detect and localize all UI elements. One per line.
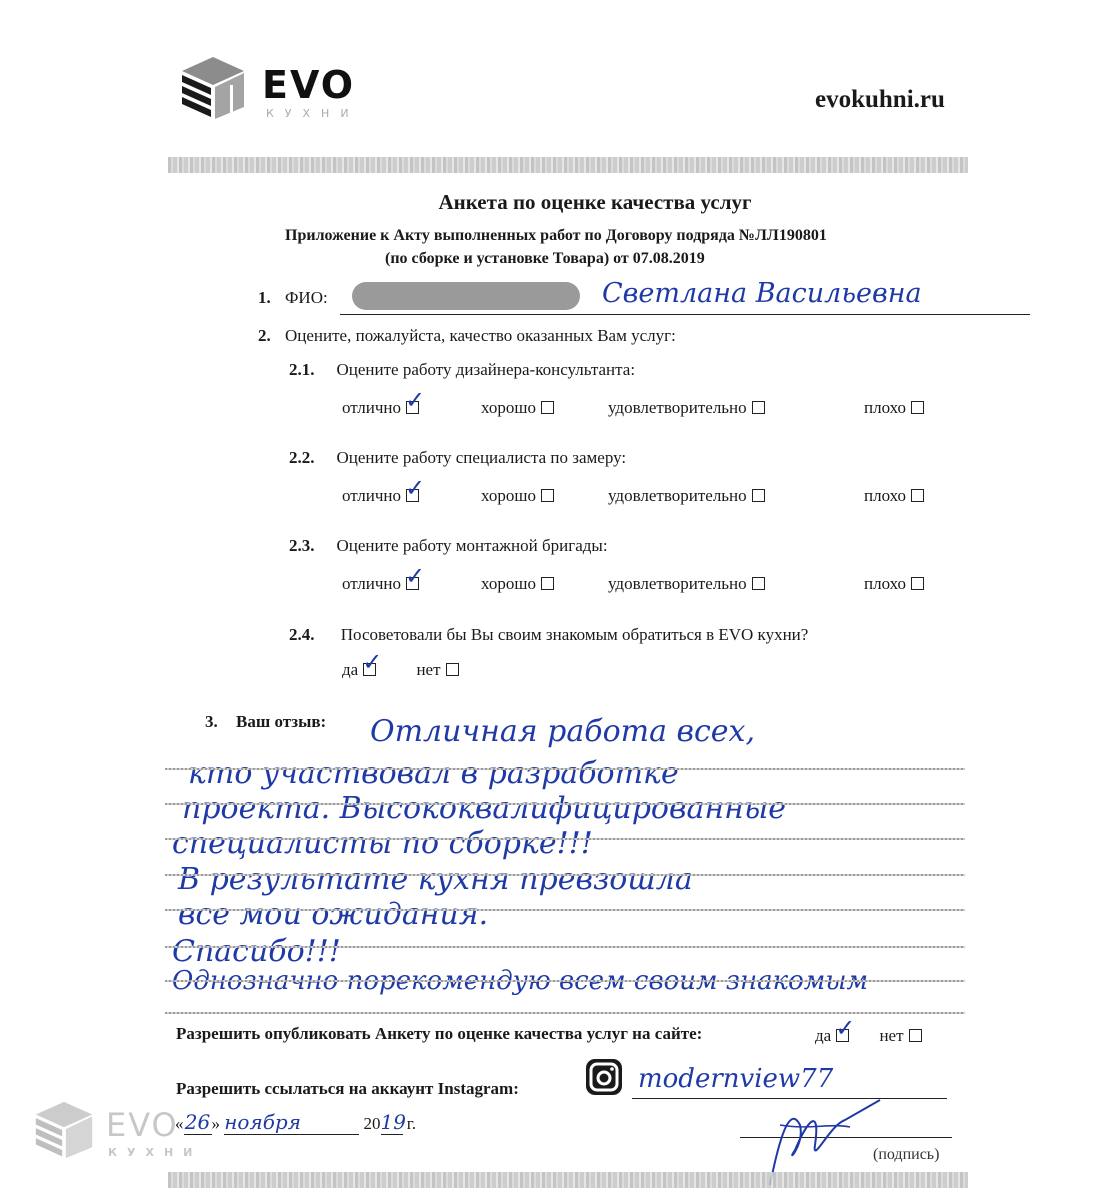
watermark-brand: EVO [106, 1106, 179, 1144]
rating-label: Оцените работу специалиста по замеру: [337, 448, 627, 467]
q2-number: 2. [258, 326, 271, 345]
rating-option[interactable]: плохо [864, 398, 924, 418]
q24-number: 2.4. [289, 625, 315, 644]
footer-divider [168, 1172, 968, 1188]
review-line: специалисты по сборке!!! [172, 826, 593, 861]
website-link[interactable]: evokuhni.ru [815, 86, 945, 114]
rating-number: 2.1. [289, 360, 315, 379]
rating-option[interactable]: плохо [864, 486, 924, 506]
rating-option[interactable]: хорошо [481, 574, 554, 594]
q24-label: Посоветовали бы Вы своим знакомым обрати… [341, 625, 809, 644]
checkbox-icon[interactable] [909, 1029, 922, 1042]
checkbox-icon[interactable] [836, 1029, 849, 1042]
question-2-4: 2.4. Посоветовали бы Вы своим знакомым о… [289, 625, 808, 645]
document-title: Анкета по оценке качества услуг [0, 190, 1103, 215]
date-suffix: г. [407, 1114, 416, 1133]
rating-option[interactable]: хорошо [481, 486, 554, 506]
rating-option[interactable]: отлично [342, 486, 419, 506]
ruled-line [165, 768, 965, 770]
instagram-handle: modernview77 [638, 1064, 833, 1094]
publish-options: да нет [815, 1026, 922, 1046]
rating-question-2: 2.2.Оцените работу специалиста по замеру… [289, 448, 626, 468]
checkbox-icon[interactable] [911, 577, 924, 590]
cube-watermark-icon [34, 1100, 94, 1160]
checkbox-icon[interactable] [752, 489, 765, 502]
checkbox-icon[interactable] [911, 489, 924, 502]
rating-option[interactable]: удовлетворительно [608, 398, 765, 418]
rating-option[interactable]: отлично [342, 398, 419, 418]
ruled-line [165, 909, 965, 911]
ruled-line [165, 838, 965, 840]
ruled-line [165, 980, 965, 982]
redaction-blur [352, 282, 580, 310]
review-line: все мои ожидания. [178, 897, 488, 932]
header-divider [168, 157, 968, 173]
signature-caption: (подпись) [873, 1146, 939, 1164]
question-1: 1. ФИО: [258, 288, 328, 308]
review-line: Отличная работа всех, [370, 714, 755, 749]
publish-consent: Разрешить опубликовать Анкету по оценке … [176, 1024, 702, 1044]
question-3: 3. Ваш отзыв: [205, 712, 326, 732]
brand-sub: КУХНИ [266, 107, 360, 120]
question-2: 2. Оцените, пожалуйста, качество оказанн… [258, 326, 676, 346]
checkbox-icon[interactable] [363, 663, 376, 676]
checkbox-icon[interactable] [541, 401, 554, 414]
rating-question-1: 2.1.Оцените работу дизайнера-консультант… [289, 360, 635, 380]
signature-field[interactable] [740, 1105, 952, 1138]
recommend-no[interactable]: нет [416, 660, 458, 679]
date-month: ноября [224, 1110, 359, 1135]
checkbox-icon[interactable] [406, 489, 419, 502]
watermark-sub: КУХНИ [108, 1146, 202, 1159]
publish-yes[interactable]: да [815, 1026, 849, 1045]
fio-value: Светлана Васильевна [602, 278, 922, 309]
q3-number: 3. [205, 712, 218, 731]
rating-option[interactable]: отлично [342, 574, 419, 594]
document-subtitle-1: Приложение к Акту выполненных работ по Д… [285, 227, 827, 245]
rating-option[interactable]: плохо [864, 574, 924, 594]
watermark-logo: EVO КУХНИ [34, 1100, 234, 1164]
rating-option[interactable]: удовлетворительно [608, 574, 765, 594]
q3-label: Ваш отзыв: [236, 712, 326, 731]
review-line: В результате кухня превзошла [178, 862, 693, 897]
publish-label: Разрешить опубликовать Анкету по оценке … [176, 1024, 702, 1043]
instagram-consent: Разрешить ссылаться на аккаунт Instagram… [176, 1079, 519, 1099]
checkbox-icon[interactable] [752, 401, 765, 414]
checkbox-icon[interactable] [541, 489, 554, 502]
rating-number: 2.3. [289, 536, 315, 555]
rating-option[interactable]: удовлетворительно [608, 486, 765, 506]
ruled-line [165, 803, 965, 805]
q2-label: Оцените, пожалуйста, качество оказанных … [285, 326, 676, 345]
review-line: Спасибо!!! [172, 934, 341, 969]
instagram-label: Разрешить ссылаться на аккаунт Instagram… [176, 1079, 519, 1098]
q1-label: ФИО: [285, 288, 328, 307]
rating-label: Оцените работу дизайнера-консультанта: [337, 360, 636, 379]
date-year-suffix: 19 [381, 1110, 403, 1135]
checkbox-icon[interactable] [911, 401, 924, 414]
q1-number: 1. [258, 288, 271, 307]
header-logo: EVO КУХНИ [180, 55, 380, 125]
rating-number: 2.2. [289, 448, 315, 467]
cube-logo-icon [180, 55, 246, 121]
review-line: кто участвовал в разработке [188, 756, 679, 791]
rating-label: Оцените работу монтажной бригады: [337, 536, 608, 555]
ruled-line [165, 874, 965, 876]
fio-field[interactable]: Светлана Васильевна [340, 282, 1030, 315]
recommend-yes[interactable]: да [342, 660, 376, 679]
review-line: проекта. Высококвалифицированные [182, 791, 786, 826]
checkbox-icon[interactable] [446, 663, 459, 676]
checkbox-icon[interactable] [406, 401, 419, 414]
instagram-icon [585, 1058, 623, 1096]
document-subtitle-2: (по сборке и установке Товара) от 07.08.… [385, 250, 705, 268]
recommend-options: да нет [342, 660, 459, 680]
ruled-line [165, 946, 965, 948]
publish-no[interactable]: нет [879, 1026, 921, 1045]
checkbox-icon[interactable] [752, 577, 765, 590]
checkbox-icon[interactable] [541, 577, 554, 590]
date-year-prefix: 20 [364, 1114, 381, 1133]
rating-option[interactable]: хорошо [481, 398, 554, 418]
rating-question-3: 2.3.Оцените работу монтажной бригады: [289, 536, 608, 556]
checkbox-icon[interactable] [406, 577, 419, 590]
brand-name: EVO [262, 63, 355, 107]
